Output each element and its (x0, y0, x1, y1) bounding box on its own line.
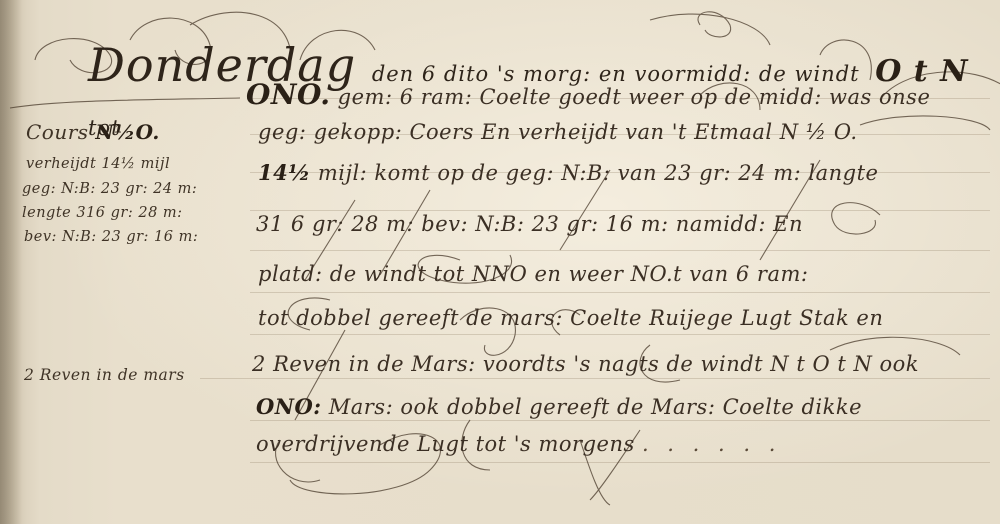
margin-observed-latitude: bev: N:B: 23 gr: 16 m: (24, 229, 198, 245)
body-line-5: platd: de windt tot NNO en weer NO.t van… (258, 262, 808, 286)
body-line-1: ONO. gem: 6 ram: Coelte goedt weer op de… (246, 78, 930, 111)
margin-course: Cours N½O. (26, 120, 160, 144)
body-line-text: geg: gekopp: Coers En verheijdt van 't E… (258, 120, 858, 144)
ruled-line (250, 420, 990, 421)
body-line-7: 2 Reven in de Mars: voordts 's nagts de … (252, 352, 919, 376)
margin-course-label: Cours (26, 120, 89, 144)
margin-reefs-note: 2 Reven in de mars (24, 366, 185, 384)
body-line-4: 31 6 gr: 28 m: bev: N:B: 23 gr: 16 m: na… (256, 212, 803, 236)
body-line-text: overdrijvende Lugt tot 's morgens (256, 432, 635, 456)
ruled-line (200, 378, 990, 379)
body-line-text: 6 gr: 28 m: bev: N:B: 23 gr: 16 m: namid… (291, 212, 803, 236)
margin-dead-reckoning-latitude: geg: N:B: 23 gr: 24 m: (22, 181, 197, 197)
ruled-line (250, 462, 990, 463)
body-line-lead: 31 (256, 212, 284, 236)
line-filler-dots: . . . . . . (642, 432, 781, 456)
binding-gutter-shadow (0, 0, 22, 524)
logbook-page: Donderdag den 6 dito 's morg: en voormid… (0, 0, 1000, 524)
margin-course-value: N½O. (95, 120, 159, 144)
body-line-3: 14½ mijl: komt op de geg: N:B: van 23 gr… (258, 160, 878, 185)
body-line-lead: 2 (252, 352, 266, 376)
ruled-line (250, 210, 990, 211)
body-line-lead: ONO: (256, 394, 322, 419)
body-line-9: overdrijvende Lugt tot 's morgens . . . … (256, 432, 781, 456)
body-line-lead: 14½ (258, 160, 311, 185)
margin-distance: verheijdt 14½ mijl (26, 156, 170, 172)
body-line-text: platd: de windt tot NNO en weer NO.t van… (258, 262, 808, 286)
body-line-lead: ONO. (246, 78, 330, 111)
body-line-text: gem: 6 ram: Coelte goedt weer op de midd… (338, 85, 931, 109)
body-line-2: geg: gekopp: Coers En verheijdt van 't E… (258, 120, 858, 144)
ruled-line (250, 292, 990, 293)
ruled-line (250, 334, 990, 335)
ruled-line (250, 250, 990, 251)
body-line-text: mijl: komt op de geg: N:B: van 23 gr: 24… (318, 161, 879, 185)
body-line-text: Mars: ook dobbel gereeft de Mars: Coelte… (329, 395, 862, 419)
body-line-text: tot dobbel gereeft de mars: Coelte Ruije… (258, 306, 883, 330)
margin-longitude: lengte 316 gr: 28 m: (22, 205, 183, 221)
body-line-8: ONO: Mars: ook dobbel gereeft de Mars: C… (256, 394, 862, 419)
body-line-text: Reven in de Mars: voordts 's nagts de wi… (273, 352, 919, 376)
body-line-6: tot dobbel gereeft de mars: Coelte Ruije… (258, 306, 883, 330)
